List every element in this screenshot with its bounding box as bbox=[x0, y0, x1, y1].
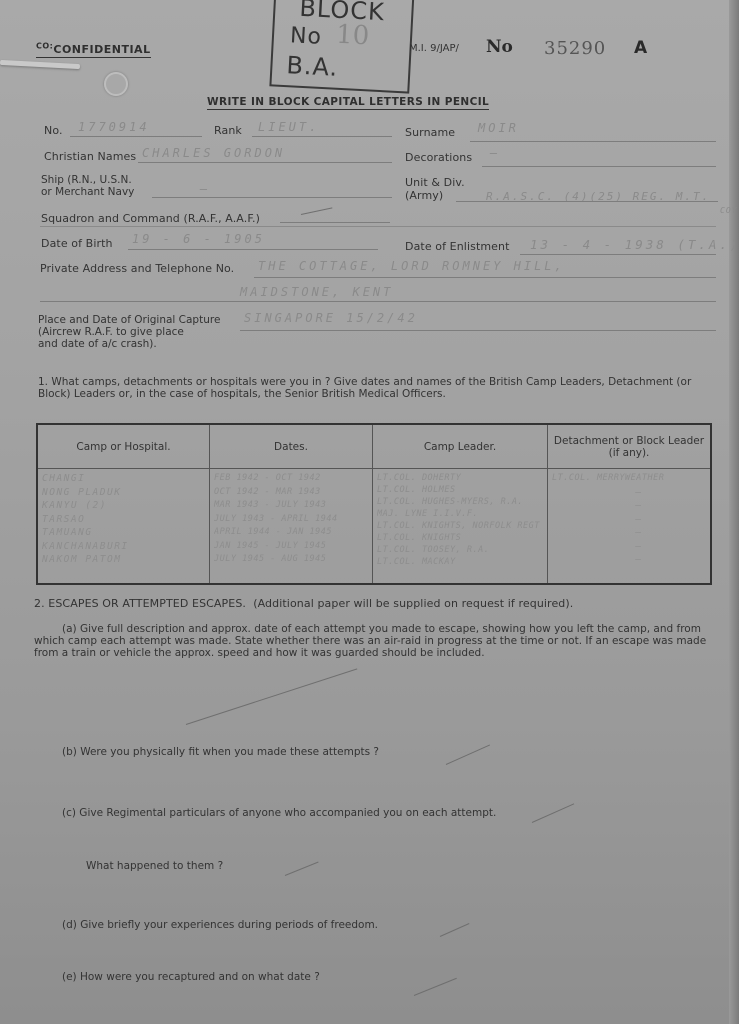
camp-entry: KANCHANABURI bbox=[42, 540, 205, 554]
col-dates: Dates. bbox=[210, 424, 373, 469]
paper-edge bbox=[729, 0, 739, 1024]
question-a: (a) Give full description and approx. da… bbox=[34, 623, 714, 659]
col-camp: Camp or Hospital. bbox=[37, 424, 210, 469]
squadron-dash bbox=[301, 207, 333, 215]
enlistment-value[interactable]: 13 - 4 - 1938 (T.A.) bbox=[530, 237, 739, 252]
leaders-cell: LT.COL. DOHERTY LT.COL. HOLMES LT.COL. H… bbox=[373, 469, 548, 585]
punch-hole bbox=[104, 72, 128, 96]
block-leader-entry: — bbox=[552, 513, 706, 527]
capture-value[interactable]: SINGAPORE 15/2/42 bbox=[244, 311, 418, 325]
leader-entry: LT.COL. KNIGHTS bbox=[377, 532, 543, 544]
serial-suffix: A bbox=[634, 38, 647, 58]
question-d: (d) Give briefly your experiences during… bbox=[62, 919, 378, 931]
form-reference: M.I. 9/JAP/ bbox=[409, 43, 459, 54]
instruction-heading: WRITE IN BLOCK CAPITAL LETTERS IN PENCIL bbox=[207, 90, 489, 109]
binding-tag bbox=[0, 60, 80, 69]
address-line2[interactable]: MAIDSTONE, KENT bbox=[240, 285, 393, 299]
leader-entry: LT.COL. HUGHES-MYERS, R.A. bbox=[377, 496, 543, 508]
block-leader-entry: — bbox=[552, 486, 706, 500]
leader-entry: LT.COL. TOOSEY, R.A. bbox=[377, 544, 543, 556]
block-leader-entry: LT.COL. MERRYWEATHER bbox=[552, 472, 706, 486]
camps-cell: CHANGI NONG PLADUK KANYU (2) TARSAO TAMU… bbox=[37, 469, 210, 585]
surname-value[interactable]: MOIR bbox=[478, 121, 519, 135]
number-mark: No bbox=[486, 37, 513, 57]
block-leaders-cell: LT.COL. MERRYWEATHER — — — — — — bbox=[548, 469, 712, 585]
dates-cell: FEB 1942 - OCT 1942 OCT 1942 - MAR 1943 … bbox=[210, 469, 373, 585]
leader-entry: LT.COL. HOLMES bbox=[377, 484, 543, 496]
camp-entry: TAMUANG bbox=[42, 526, 205, 540]
section2-note: (Additional paper will be supplied on re… bbox=[253, 597, 573, 610]
leader-entry: LT.COL. DOHERTY bbox=[377, 472, 543, 484]
rank-label: Rank bbox=[214, 124, 242, 137]
classification: CONFIDENTIAL bbox=[53, 43, 150, 56]
ship-value[interactable]: — bbox=[200, 182, 210, 196]
squadron-label: Squadron and Command (R.A.F., A.A.F.) bbox=[41, 212, 260, 225]
block-leader-entry: — bbox=[552, 499, 706, 513]
confidential-form-page: CO:CONFIDENTIAL BLOCK No 10 B.A. M.I. 9/… bbox=[0, 0, 739, 1024]
classification-prefix: CO: bbox=[36, 41, 53, 50]
ship-label: Ship (R.N., U.S.N. or Merchant Navy bbox=[41, 174, 134, 198]
stamp-no-value: 10 bbox=[335, 20, 370, 52]
question-b: (b) Were you physically fit when you mad… bbox=[62, 746, 379, 758]
capture-label: Place and Date of Original Capture (Airc… bbox=[38, 314, 220, 350]
no-value[interactable]: 1770914 bbox=[78, 120, 150, 134]
answer-d-strike bbox=[440, 923, 470, 937]
dob-value[interactable]: 19 - 6 - 1905 bbox=[132, 232, 265, 246]
unit-label: Unit & Div. (Army) bbox=[405, 176, 465, 202]
camp-entry: NAKOM PATOM bbox=[42, 553, 205, 567]
section2-title: 2. ESCAPES OR ATTEMPTED ESCAPES. bbox=[34, 597, 246, 610]
no-label: No. bbox=[44, 124, 63, 137]
col-block-leader: Detachment or Block Leader (if any). bbox=[548, 424, 712, 469]
date-entry: JULY 1943 - APRIL 1944 bbox=[214, 513, 368, 527]
block-leader-entry: — bbox=[552, 526, 706, 540]
section2-heading: 2. ESCAPES OR ATTEMPTED ESCAPES. (Additi… bbox=[34, 597, 573, 610]
christian-names-label: Christian Names bbox=[44, 150, 136, 163]
block-stamp: BLOCK No 10 B.A. bbox=[269, 0, 414, 94]
dob-label: Date of Birth bbox=[41, 237, 113, 250]
address-label: Private Address and Telephone No. bbox=[40, 262, 234, 275]
stamp-line3: B.A. bbox=[286, 51, 339, 82]
answer-c-strike bbox=[532, 803, 574, 823]
date-entry: OCT 1942 - MAR 1943 bbox=[214, 486, 368, 500]
answer-b-strike bbox=[446, 745, 490, 765]
answer-c2-strike bbox=[285, 862, 319, 876]
date-entry: JULY 1945 - AUG 1945 bbox=[214, 553, 368, 567]
unit-value-continued: COY bbox=[720, 206, 737, 215]
rank-value[interactable]: LIEUT. bbox=[258, 120, 319, 134]
col-camp-leader: Camp Leader. bbox=[373, 424, 548, 469]
question-c: (c) Give Regimental particulars of anyon… bbox=[62, 807, 496, 819]
decorations-value[interactable]: — bbox=[490, 146, 500, 160]
date-entry: FEB 1942 - OCT 1942 bbox=[214, 472, 368, 486]
leader-entry: MAJ. LYNE I.I.V.F. bbox=[377, 508, 543, 520]
camps-table: Camp or Hospital. Dates. Camp Leader. De… bbox=[36, 423, 712, 585]
camp-entry: KANYU (2) bbox=[42, 499, 205, 513]
classification-label: CO:CONFIDENTIAL bbox=[36, 38, 151, 57]
block-leader-entry: — bbox=[552, 540, 706, 554]
address-line1[interactable]: THE COTTAGE, LORD ROMNEY HILL, bbox=[258, 259, 565, 273]
camp-entry: NONG PLADUK bbox=[42, 486, 205, 500]
decorations-label: Decorations bbox=[405, 151, 472, 164]
leader-entry: LT.COL. KNIGHTS, NORFOLK REGT bbox=[377, 520, 543, 532]
christian-names-value[interactable]: CHARLES GORDON bbox=[142, 146, 285, 160]
camp-entry: CHANGI bbox=[42, 472, 205, 486]
date-entry: APRIL 1944 - JAN 1945 bbox=[214, 526, 368, 540]
stamp-no-label: No bbox=[289, 23, 322, 50]
leader-entry: LT.COL. MACKAY bbox=[377, 556, 543, 568]
serial-number: 35290 bbox=[544, 38, 606, 59]
date-entry: MAR 1943 - JULY 1943 bbox=[214, 499, 368, 513]
enlistment-label: Date of Enlistment bbox=[405, 240, 510, 253]
date-entry: JAN 1945 - JULY 1945 bbox=[214, 540, 368, 554]
answer-a-strike bbox=[186, 668, 357, 725]
section1-question: 1. What camps, detachments or hospitals … bbox=[38, 376, 718, 400]
answer-e-strike bbox=[414, 978, 457, 996]
block-leader-entry: — bbox=[552, 553, 706, 567]
camp-entry: TARSAO bbox=[42, 513, 205, 527]
surname-label: Surname bbox=[405, 126, 455, 139]
question-e: (e) How were you recaptured and on what … bbox=[62, 971, 320, 983]
question-c-followup: What happened to them ? bbox=[86, 860, 223, 872]
